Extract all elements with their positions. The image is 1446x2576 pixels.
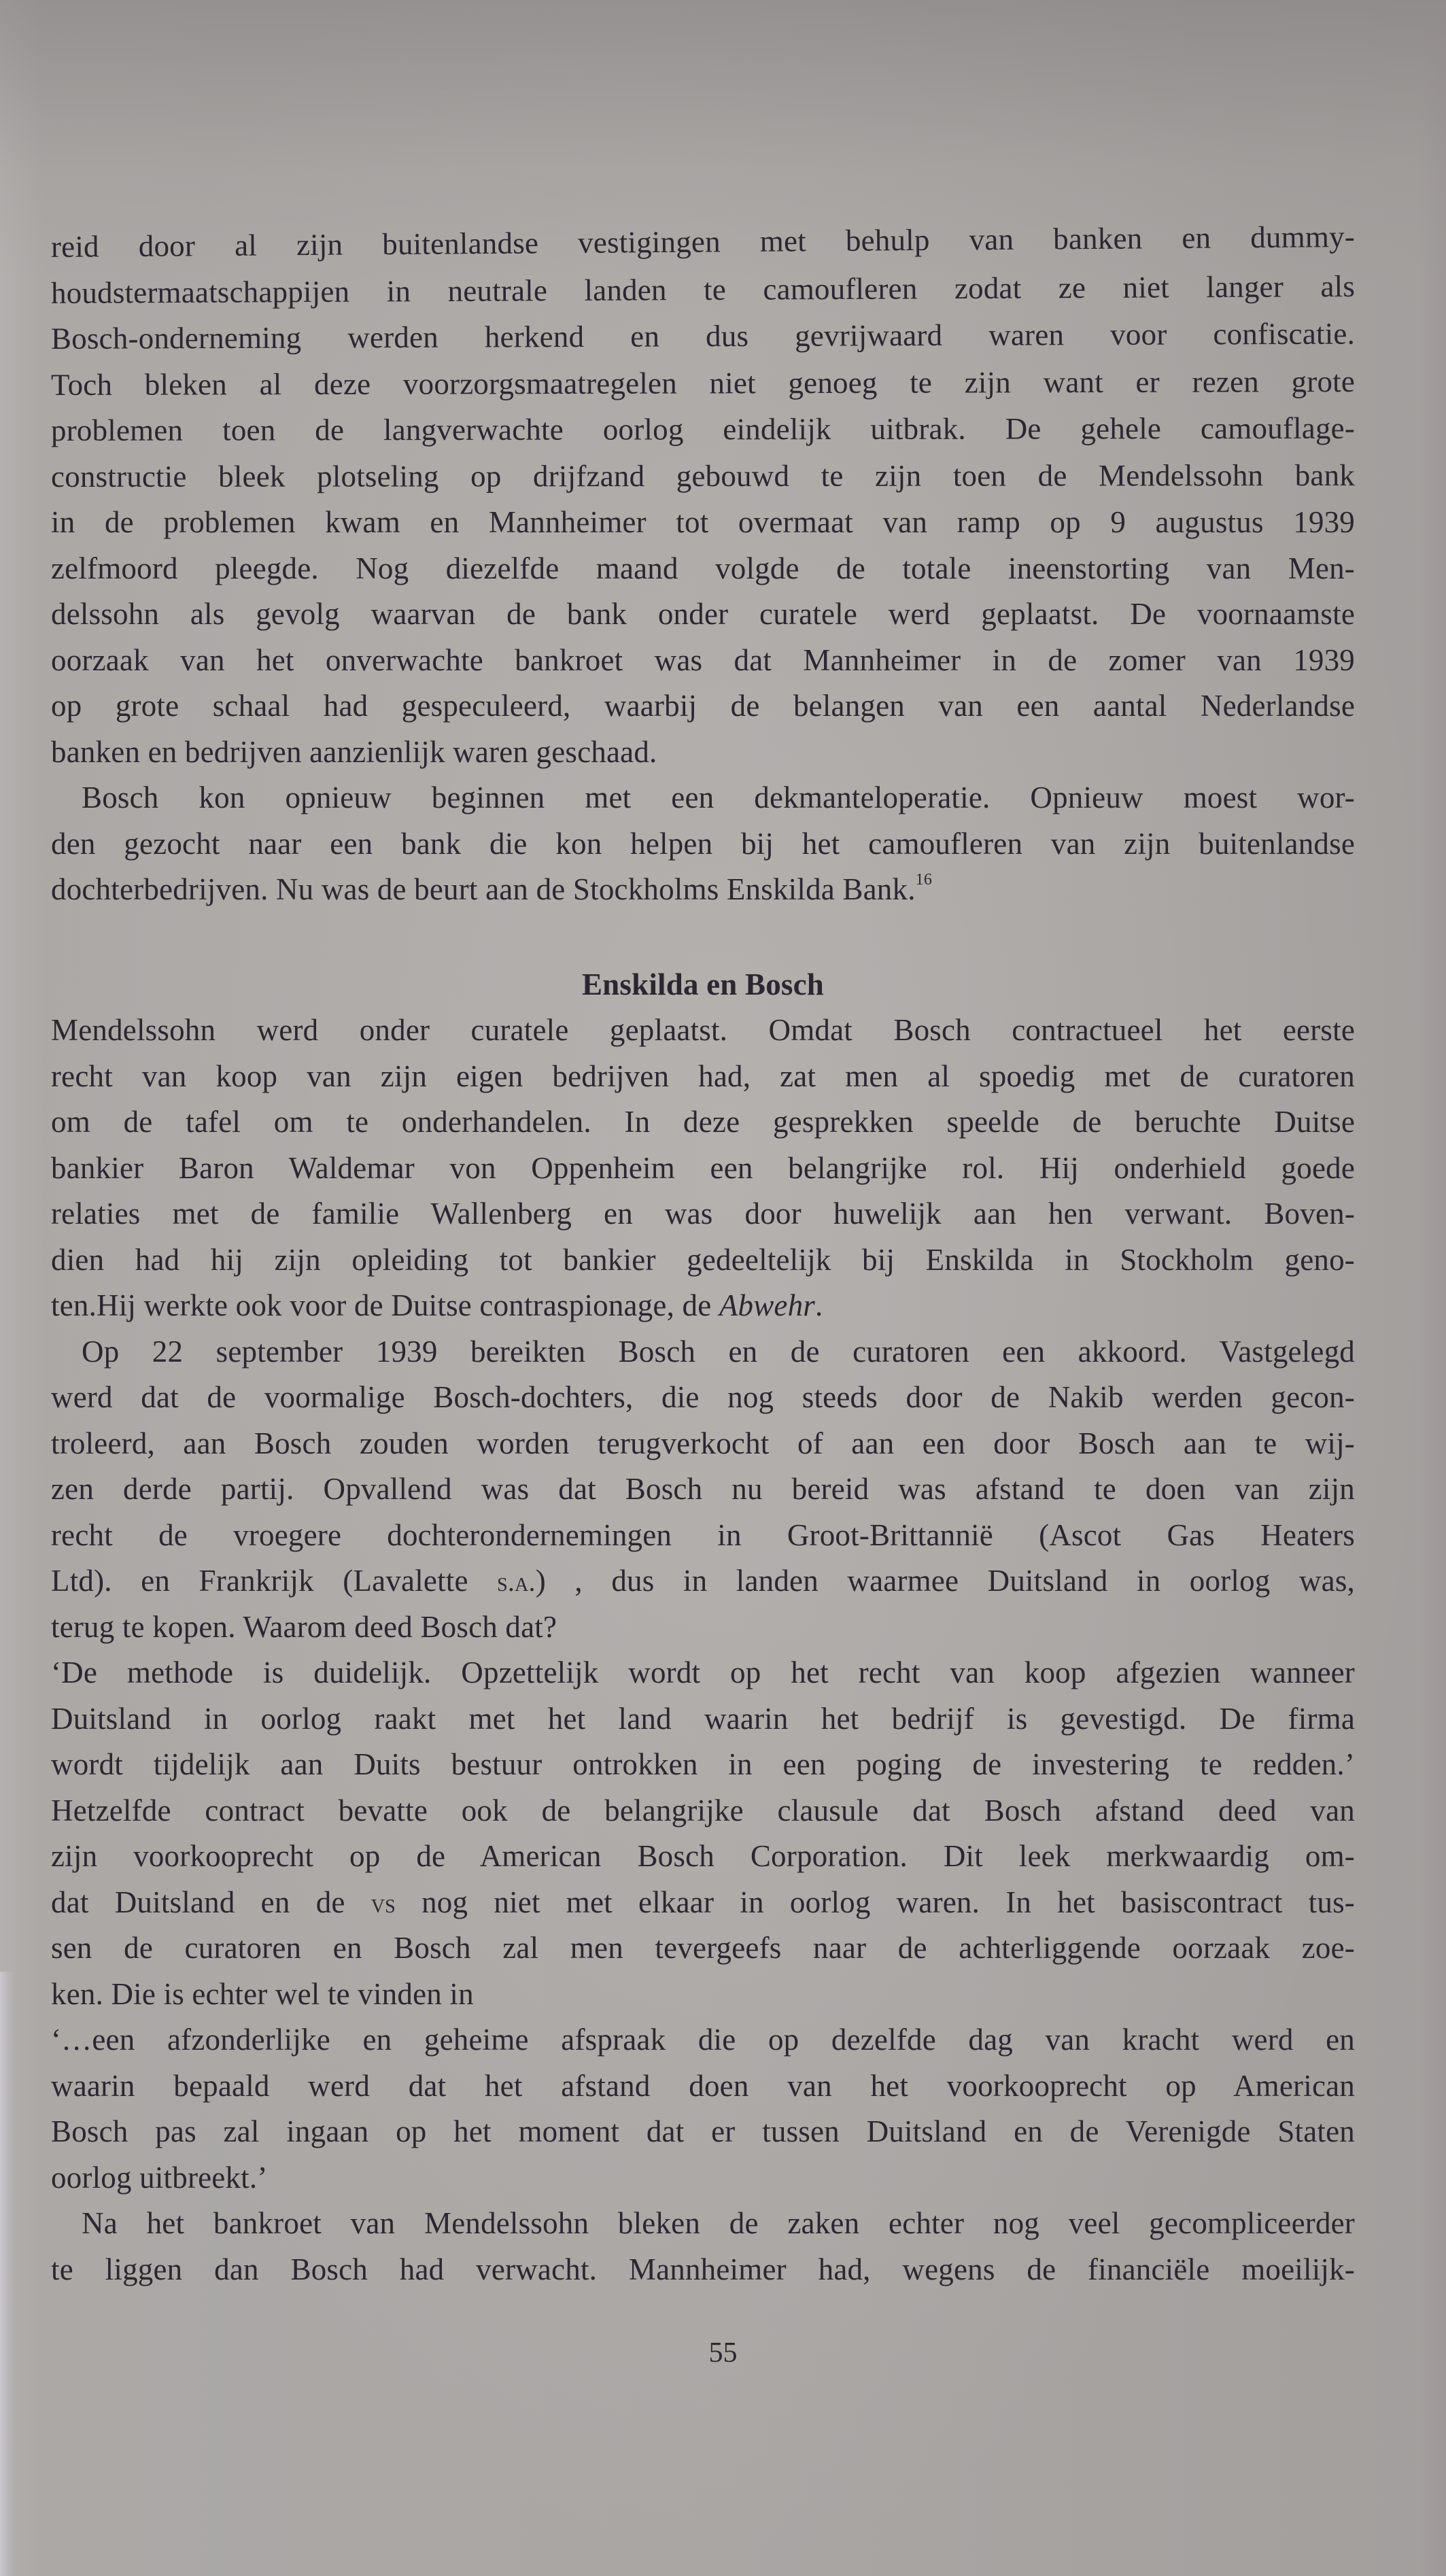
small-caps-term: s.a. — [497, 1566, 536, 1597]
text-fragment: ten.Hij werkte ook voor de Duitse contra… — [51, 1288, 719, 1322]
text-line: constructie bleek plotseling op drijfzan… — [51, 452, 1355, 500]
text-line: houdstermaatschappijen in neutrale lande… — [51, 263, 1355, 316]
footnote-reference: 16 — [916, 871, 932, 889]
text-line: in de problemen kwam en Mannheimer tot o… — [51, 500, 1355, 546]
text-line: Bosch kon opnieuw beginnen met een dekma… — [51, 775, 1355, 821]
text-line: den gezocht naar een bank die kon helpen… — [51, 821, 1355, 868]
text-fragment: nog niet met elkaar in oorlog waren. In … — [396, 1885, 1355, 1919]
book-page: reid door al zijn buitenlandse vestiging… — [0, 0, 1446, 2576]
quote-line: waarin bepaald werd dat het afstand doen… — [51, 2063, 1355, 2110]
text-line: bankier Baron Waldemar von Oppenheim een… — [51, 1146, 1355, 1192]
body-text: reid door al zijn buitenlandse vestiging… — [51, 224, 1355, 2292]
text-line: Toch bleken al deze voorzorgsmaatregelen… — [51, 358, 1355, 408]
spacer — [51, 913, 1355, 928]
text-line: delssohn als gevolg waarvan de bank onde… — [51, 591, 1355, 638]
text-line: recht de vroegere dochterondernemingen i… — [51, 1513, 1355, 1559]
text-line: recht van koop van zijn eigen bedrijven … — [51, 1054, 1355, 1100]
text-line: Op 22 september 1939 bereikten Bosch en … — [51, 1329, 1355, 1375]
text-line: dien had hij zijn opleiding tot bankier … — [51, 1237, 1355, 1284]
text-line: problemen toen de langverwachte oorlog e… — [51, 406, 1355, 454]
italic-term: Abwehr — [719, 1288, 815, 1322]
page-edge-left — [0, 1972, 15, 2576]
text-line: sen de curatoren en Bosch zal men teverg… — [51, 1925, 1355, 1972]
text-line: Bosch-onderneming werden herkend en dus … — [51, 311, 1355, 362]
page-edge-right — [1419, 0, 1446, 2576]
quote-line: oorlog uitbreekt.’ — [51, 2155, 1355, 2201]
text-line: banken en bedrijven aanzienlijk waren ge… — [51, 729, 1355, 776]
text-line: Hetzelfde contract bevatte ook de belang… — [51, 1788, 1355, 1834]
text-fragment: ) , dus in landen waarmee Duitsland in o… — [536, 1564, 1355, 1598]
text-line: zelfmoord pleegde. Nog diezelfde maand v… — [51, 546, 1355, 592]
text-line: reid door al zijn buitenlandse vestiging… — [51, 214, 1355, 271]
text-line: Ltd). en Frankrijk (Lavalette s.a.) , du… — [51, 1558, 1355, 1604]
text-line: ten.Hij werkte ook voor de Duitse contra… — [51, 1283, 1355, 1329]
text-line: op grote schaal had gespeculeerd, waarbi… — [51, 683, 1355, 729]
text-line: dochterbedrijven. Nu was de beurt aan de… — [51, 867, 1355, 913]
quote-line: ‘…een afzonderlijke en geheime afspraak … — [51, 2017, 1355, 2063]
small-caps-term: vs — [371, 1888, 396, 1919]
text-fragment: . — [815, 1288, 823, 1322]
quote-line: wordt tijdelijk aan Duits bestuur ontrok… — [51, 1742, 1355, 1788]
text-line: oorzaak van het onverwachte bankroet was… — [51, 638, 1355, 684]
text-fragment: dat Duitsland en de — [51, 1885, 371, 1919]
page-number: 55 — [0, 2337, 1446, 2369]
quote-line: Duitsland in oorlog raakt met het land w… — [51, 1696, 1355, 1742]
text-line: Na het bankroet van Mendelssohn bleken d… — [51, 2201, 1355, 2247]
text-line: zen derde partij. Opvallend was dat Bosc… — [51, 1466, 1355, 1513]
text-line: relaties met de familie Wallenberg en wa… — [51, 1191, 1355, 1237]
text-line: werd dat de voormalige Bosch-dochters, d… — [51, 1375, 1355, 1421]
text-line: Mendelssohn werd onder curatele geplaats… — [51, 1008, 1355, 1054]
text-line: te liggen dan Bosch had verwacht. Mannhe… — [51, 2247, 1355, 2293]
text-line: om de tafel om te onderhandelen. In deze… — [51, 1099, 1355, 1146]
text-line: troleerd, aan Bosch zouden worden terugv… — [51, 1421, 1355, 1467]
text-line: terug te kopen. Waarom deed Bosch dat? — [51, 1604, 1355, 1651]
quote-line: ‘De methode is duidelijk. Opzettelijk wo… — [51, 1650, 1355, 1696]
text-line: dat Duitsland en de vs nog niet met elka… — [51, 1880, 1355, 1926]
text-line: ken. Die is echter wel te vinden in — [51, 1972, 1355, 2018]
text-fragment: dochterbedrijven. Nu was de beurt aan de… — [51, 872, 916, 906]
text-fragment: Ltd). en Frankrijk (Lavalette — [51, 1564, 497, 1598]
quote-line: Bosch pas zal ingaan op het moment dat e… — [51, 2109, 1355, 2155]
text-line: zijn voorkooprecht op de American Bosch … — [51, 1834, 1355, 1880]
section-heading: Enskilda en Bosch — [51, 962, 1355, 1008]
